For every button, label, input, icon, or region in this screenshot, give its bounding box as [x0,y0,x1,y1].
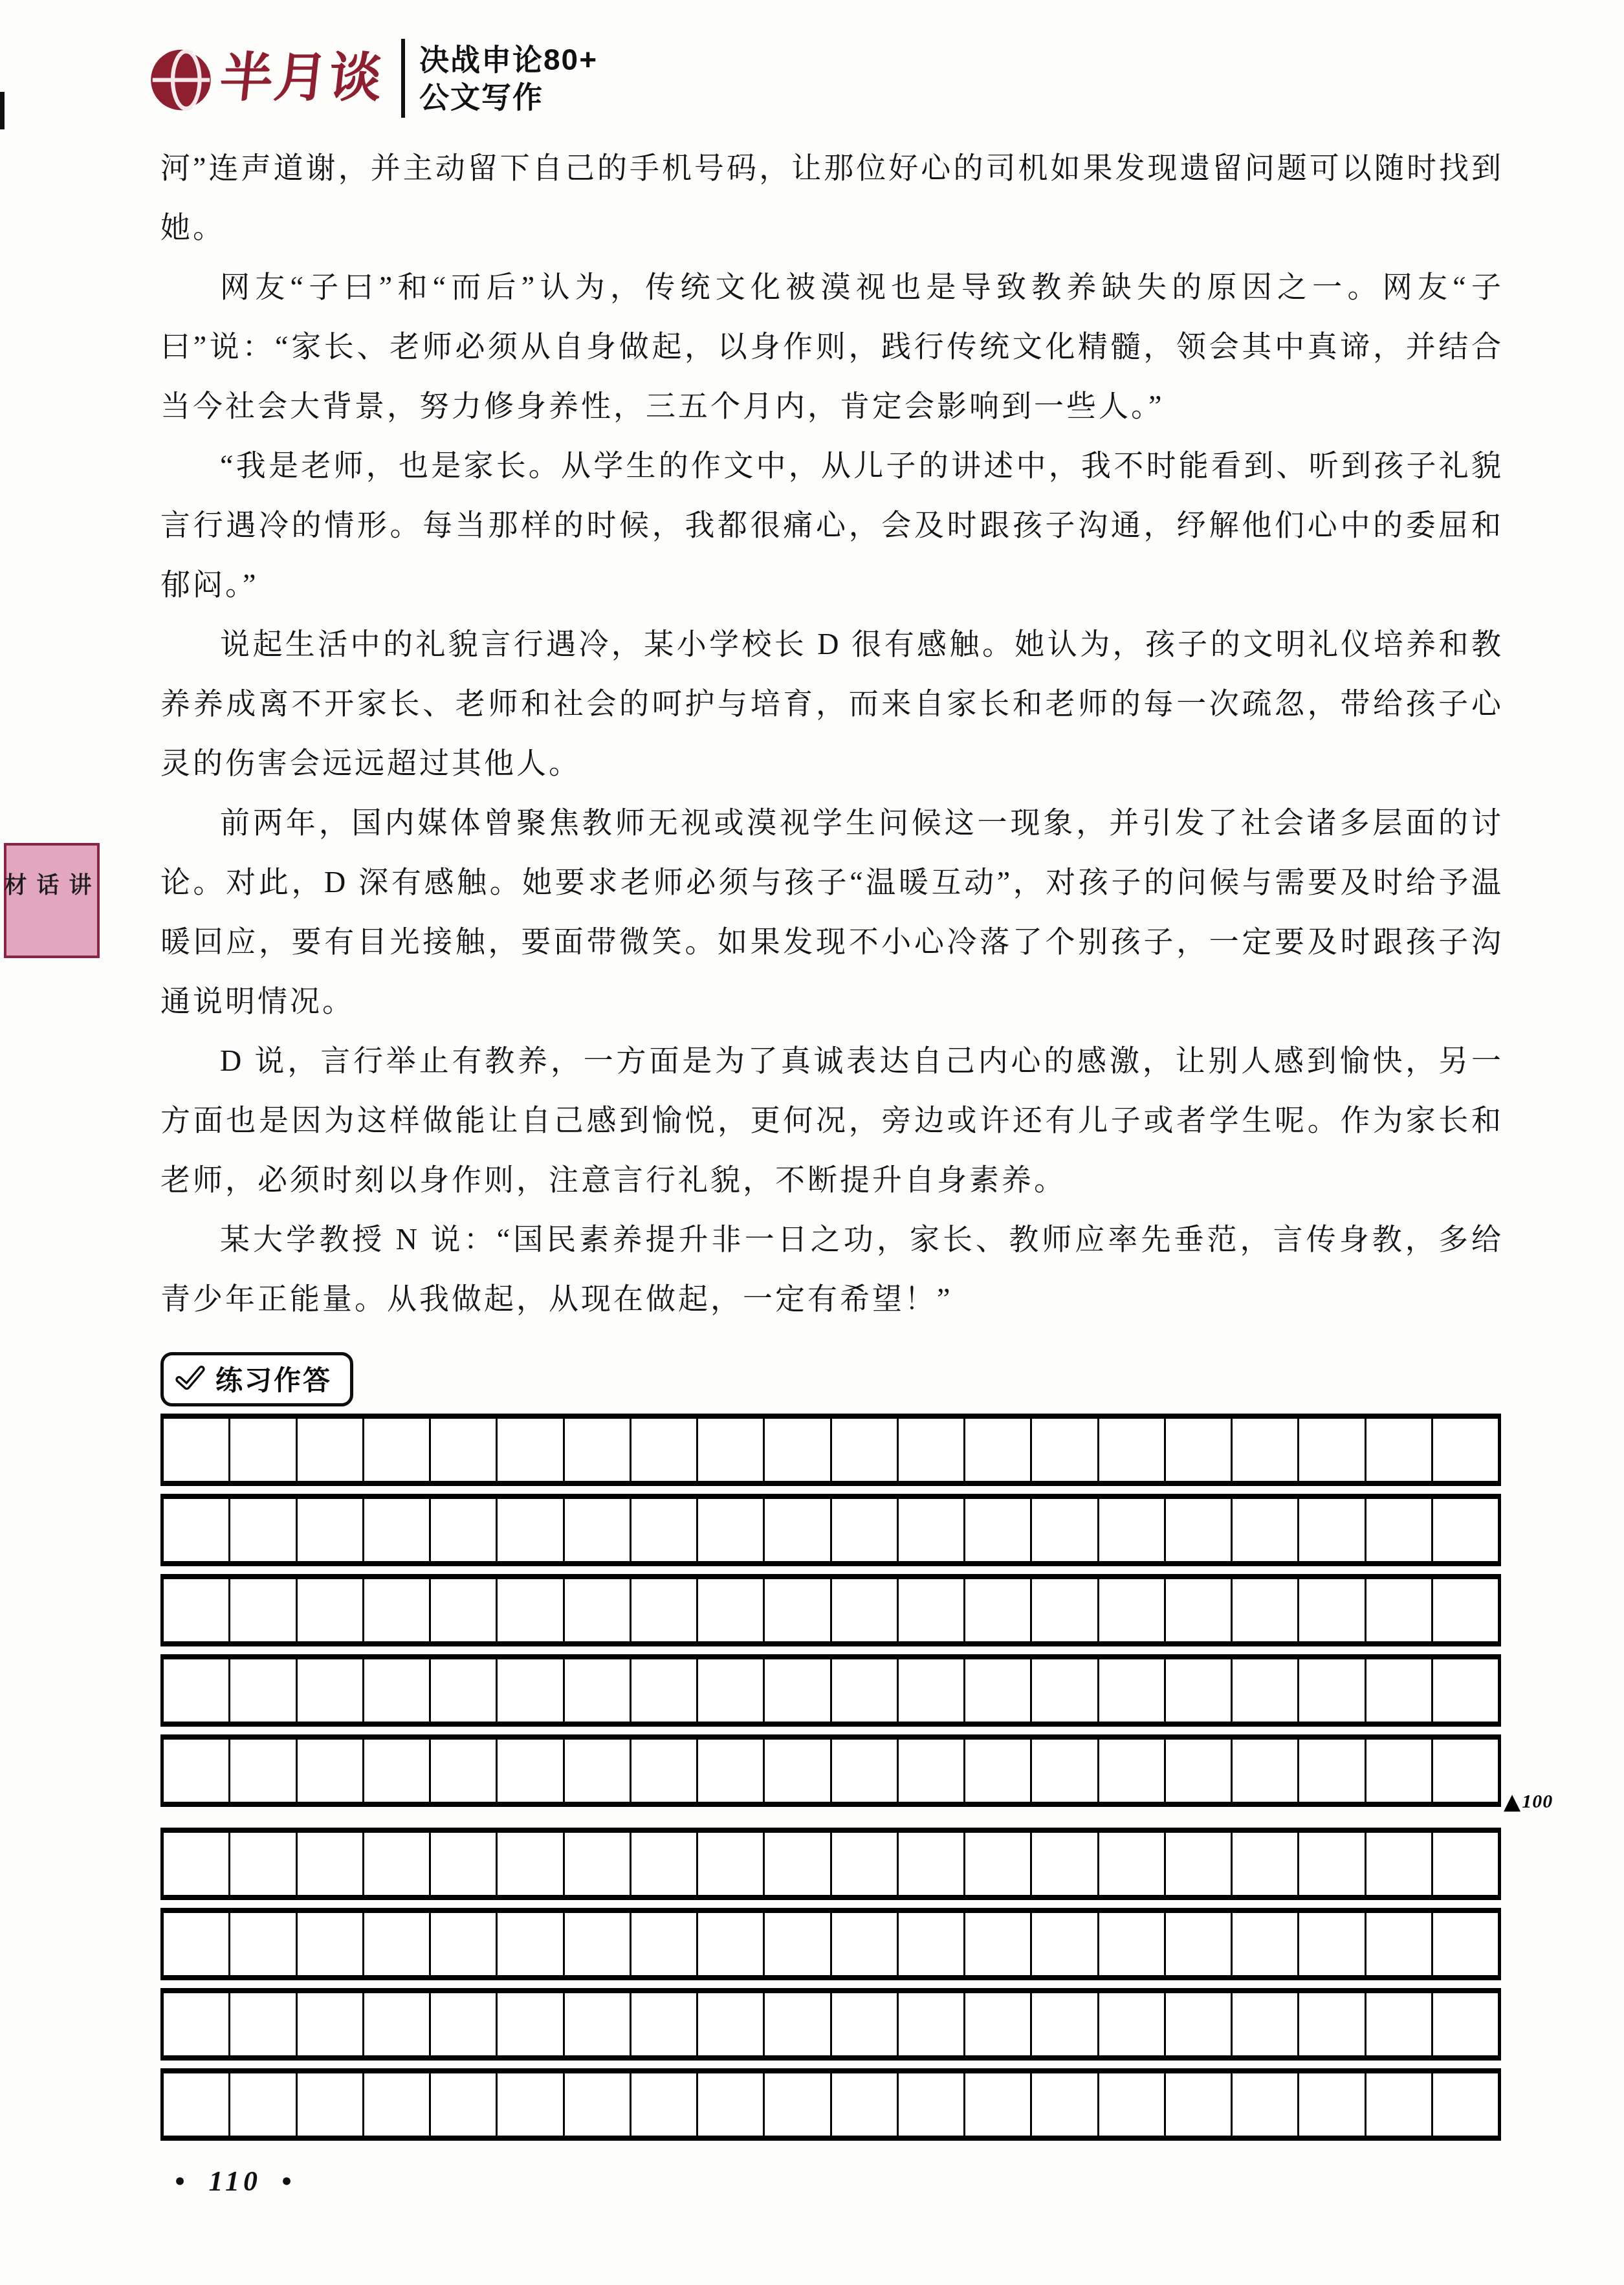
grid-cell [364,1659,431,1722]
grid-cell [164,1499,230,1561]
grid-row [160,1988,1501,2061]
grid-cell [832,1419,899,1481]
grid-cell [164,1579,230,1641]
grid-cell [431,1419,498,1481]
grid-cell [698,1833,765,1895]
grid-cell [498,1993,564,2055]
grid-cell [565,1659,631,1722]
grid-cell [298,1740,364,1802]
grid-cell [565,1993,631,2055]
grid-cell [431,1740,498,1802]
paragraph: 说起生活中的礼貌言行遇冷，某小学校长 D 很有感触。她认为，孩子的文明礼仪培养和… [160,615,1504,793]
grid-cell [832,1993,899,2055]
grid-cell [1366,1993,1433,2055]
paragraph: 前两年，国内媒体曾聚焦教师无视或漠视学生问候这一现象，并引发了社会诸多层面的讨论… [160,793,1504,1031]
grid-cell [832,1659,899,1722]
triangle-icon: ▲ [1504,1791,1520,1813]
grid-cell [164,2073,230,2136]
grid-cell [1032,1419,1099,1481]
grid-row [160,1494,1501,1566]
grid-cell [1166,1419,1233,1481]
grid-row [160,1828,1501,1900]
grid-cell [1366,2073,1433,2136]
grid-cell [298,1499,364,1561]
grid-cell [765,1913,831,1975]
grid-cell [298,1579,364,1641]
grid-cell [1233,1659,1299,1722]
grid-cell [164,1833,230,1895]
grid-cell [298,1659,364,1722]
grid-cell [1366,1833,1433,1895]
grid-cell [631,1419,698,1481]
grid-cell [1299,1993,1366,2055]
grid-cell [164,1913,230,1975]
grid-cell [698,1993,765,2055]
grid-cell [899,1740,965,1802]
grid-cell [832,1499,899,1561]
grid-cell [899,1993,965,2055]
grid-cell [1233,1833,1299,1895]
series-title-block: 决战申论80+ 公文写作 [419,41,598,116]
grid-cell [498,2073,564,2136]
grid-cell [431,2073,498,2136]
grid-cell [1433,1740,1498,1802]
grid-cell [965,1499,1032,1561]
grid-cell [765,1499,831,1561]
grid-cell [1032,1659,1099,1722]
grid-cell [1366,1913,1433,1975]
grid-cell [1099,1579,1166,1641]
grid-cell [1299,1659,1366,1722]
paragraph: “我是老师，也是家长。从学生的作文中，从儿子的讲述中，我不时能看到、听到孩子礼貌… [160,436,1504,615]
grid-row [160,1414,1501,1486]
grid-cell [230,1993,297,2055]
grid-cell [498,1499,564,1561]
grid-cell [298,2073,364,2136]
grid-cell [1366,1740,1433,1802]
grid-row [160,1574,1501,1646]
grid-cell [1299,1833,1366,1895]
grid-cell [631,1833,698,1895]
grid-cell [364,1419,431,1481]
answer-grid [160,1414,1501,2148]
grid-cell [965,1419,1032,1481]
grid-cell [899,1659,965,1722]
grid-cell [965,1913,1032,1975]
grid-cell [565,1419,631,1481]
grid-cell [1099,1833,1166,1895]
grid-cell [230,1499,297,1561]
grid-cell [1366,1499,1433,1561]
grid-cell [298,1833,364,1895]
grid-cell [431,1579,498,1641]
grid-cell [1166,1499,1233,1561]
header-divider [401,39,405,118]
grid-cell [1299,1579,1366,1641]
grid-cell [765,1579,831,1641]
series-subtitle: 公文写作 [419,78,598,116]
marker-value: 100 [1522,1791,1553,1813]
grid-cell [631,1913,698,1975]
grid-cell [899,1913,965,1975]
grid-row [160,2068,1501,2141]
grid-cell [298,1913,364,1975]
grid-cell [765,1833,831,1895]
paragraph: 网友“子曰”和“而后”认为，传统文化被漠视也是导致教养缺失的原因之一。网友“子曰… [160,257,1504,436]
grid-cell [230,2073,297,2136]
practice-badge-label: 练习作答 [215,1359,332,1398]
grid-cell [698,1419,765,1481]
grid-cell [230,1579,297,1641]
grid-cell [1233,1993,1299,2055]
grid-cell [1032,1499,1099,1561]
grid-cell [431,1913,498,1975]
grid-cell [1299,2073,1366,2136]
grid-cell [164,1659,230,1722]
grid-cell [1433,1499,1498,1561]
grid-cell [1166,1993,1233,2055]
grid-cell [498,1579,564,1641]
grid-cell [965,2073,1032,2136]
grid-cell [364,1993,431,2055]
grid-cell [899,1833,965,1895]
grid-cell [364,1740,431,1802]
grid-row [160,1908,1501,1980]
grid-cell [965,1659,1032,1722]
grid-cell [1299,1913,1366,1975]
grid-cell [431,1833,498,1895]
grid-cell [1433,2073,1498,2136]
grid-row [160,1654,1501,1727]
grid-cell [1099,1993,1166,2055]
grid-cell [1433,1419,1498,1481]
grid-cell [1099,2073,1166,2136]
grid-cell [765,1993,831,2055]
grid-cell [698,1579,765,1641]
grid-cell [698,1913,765,1975]
banyuetan-globe-icon [148,41,215,116]
grid-cell [965,1993,1032,2055]
grid-cell [565,1740,631,1802]
grid-cell [364,1499,431,1561]
grid-cell [899,2073,965,2136]
grid-cell [631,1499,698,1561]
grid-cell [1166,1579,1233,1641]
grid-cell [164,1993,230,2055]
grid-cell [364,2073,431,2136]
grid-cell [498,1913,564,1975]
grid-cell [1366,1579,1433,1641]
grid-cell [1099,1499,1166,1561]
grid-cell [1433,1579,1498,1641]
grid-cell [631,1579,698,1641]
grid-cell [765,1659,831,1722]
grid-cell [698,2073,765,2136]
grid-cell [1233,1913,1299,1975]
grid-cell [698,1499,765,1561]
grid-cell [230,1659,297,1722]
grid-cell [565,1833,631,1895]
grid-cell [1032,1833,1099,1895]
grid-cell [364,1833,431,1895]
grid-cell [1233,1419,1299,1481]
grid-cell [832,2073,899,2136]
grid-cell [1166,1740,1233,1802]
grid-cell [298,1993,364,2055]
character-count-marker: ▲ 100 [1504,1791,1553,1813]
series-title: 决战申论80+ [419,41,598,78]
grid-cell [965,1833,1032,1895]
grid-cell [298,1419,364,1481]
grid-cell [1366,1419,1433,1481]
grid-cell [1233,2073,1299,2136]
grid-cell [565,1499,631,1561]
grid-cell [1166,1659,1233,1722]
grid-cell [164,1740,230,1802]
grid-cell [565,2073,631,2136]
grid-cell [565,1913,631,1975]
page-header: 半月谈 决战申论80+ 公文写作 [148,39,598,118]
grid-cell [631,1740,698,1802]
grid-cell [1032,1913,1099,1975]
grid-cell [1166,1913,1233,1975]
grid-cell [1299,1499,1366,1561]
grid-cell [1433,1913,1498,1975]
grid-cell [431,1659,498,1722]
grid-cell [765,1740,831,1802]
grid-cell [832,1833,899,1895]
grid-cell [698,1740,765,1802]
grid-cell [498,1833,564,1895]
grid-cell [1099,1913,1166,1975]
grid-cell [1433,1993,1498,2055]
grid-cell [1433,1659,1498,1722]
sidebar-tab-speech-material: 讲话材料 [4,843,100,958]
grid-cell [1366,1659,1433,1722]
grid-cell [631,2073,698,2136]
grid-cell [498,1419,564,1481]
body-text: 河”连声道谢，并主动留下自己的手机号码，让那位好心的司机如果发现遗留问题可以随时… [160,138,1504,1329]
grid-cell [164,1419,230,1481]
sidebar-tab-label: 讲话材料 [0,873,94,928]
grid-cell [230,1833,297,1895]
grid-cell [1233,1740,1299,1802]
grid-cell [230,1419,297,1481]
grid-cell [498,1740,564,1802]
grid-cell [765,2073,831,2136]
grid-cell [431,1993,498,2055]
grid-cell [230,1740,297,1802]
grid-cell [1166,1833,1233,1895]
grid-cell [565,1579,631,1641]
grid-cell [631,1993,698,2055]
grid-cell [899,1419,965,1481]
grid-cell [765,1419,831,1481]
paragraph: 某大学教授 N 说：“国民素养提升非一日之功，家长、教师应率先垂范，言传身教，多… [160,1210,1504,1329]
page-edge-mark [0,92,5,129]
grid-cell [1299,1419,1366,1481]
paragraph: 河”连声道谢，并主动留下自己的手机号码，让那位好心的司机如果发现遗留问题可以随时… [160,138,1504,257]
grid-cell [698,1659,765,1722]
practice-answer-badge: 练习作答 [160,1352,353,1406]
grid-cell [364,1579,431,1641]
grid-cell [832,1913,899,1975]
paragraph: D 说，言行举止有教养，一方面是为了真诚表达自己内心的感激，让别人感到愉快，另一… [160,1031,1504,1210]
grid-cell [1032,1993,1099,2055]
grid-cell [1032,2073,1099,2136]
grid-cell [1032,1740,1099,1802]
grid-cell [1032,1579,1099,1641]
grid-cell [1099,1740,1166,1802]
grid-row [160,1734,1501,1807]
grid-cell [498,1659,564,1722]
grid-cell [965,1740,1032,1802]
grid-cell [832,1579,899,1641]
grid-cell [431,1499,498,1561]
grid-cell [1233,1499,1299,1561]
grid-cell [832,1740,899,1802]
grid-cell [631,1659,698,1722]
page: 半月谈 决战申论80+ 公文写作 讲话材料 河”连声道谢，并主动留下自己的手机号… [0,0,1624,2285]
grid-cell [1233,1579,1299,1641]
page-number: • 110 • [175,2165,295,2198]
grid-cell [230,1913,297,1975]
check-icon [175,1366,205,1392]
grid-cell [364,1913,431,1975]
grid-cell [899,1579,965,1641]
grid-cell [1166,2073,1233,2136]
grid-cell [1099,1659,1166,1722]
logo-text: 半月谈 [217,52,386,105]
grid-cell [965,1579,1032,1641]
grid-cell [1433,1833,1498,1895]
grid-cell [1099,1419,1166,1481]
grid-cell [1299,1740,1366,1802]
grid-cell [899,1499,965,1561]
